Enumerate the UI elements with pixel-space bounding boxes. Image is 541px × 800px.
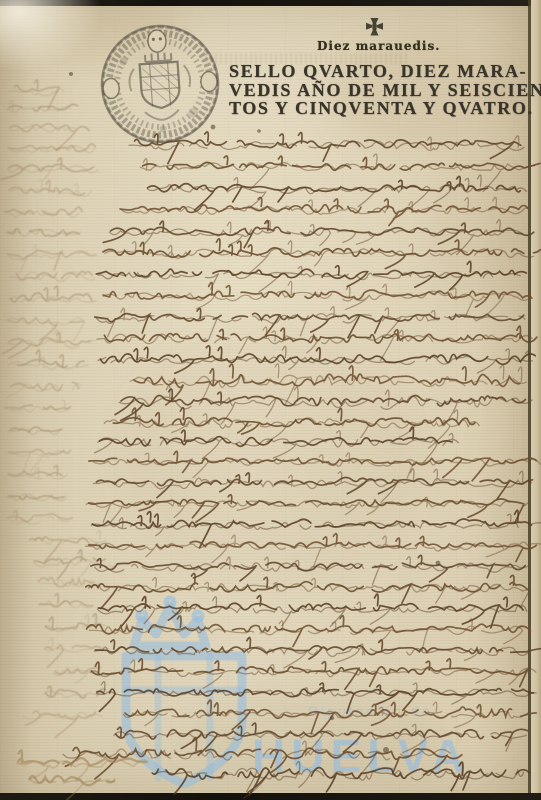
scanned-document: Diputación de HUELVA [0, 0, 541, 800]
manuscript-ink-layer [0, 0, 541, 800]
